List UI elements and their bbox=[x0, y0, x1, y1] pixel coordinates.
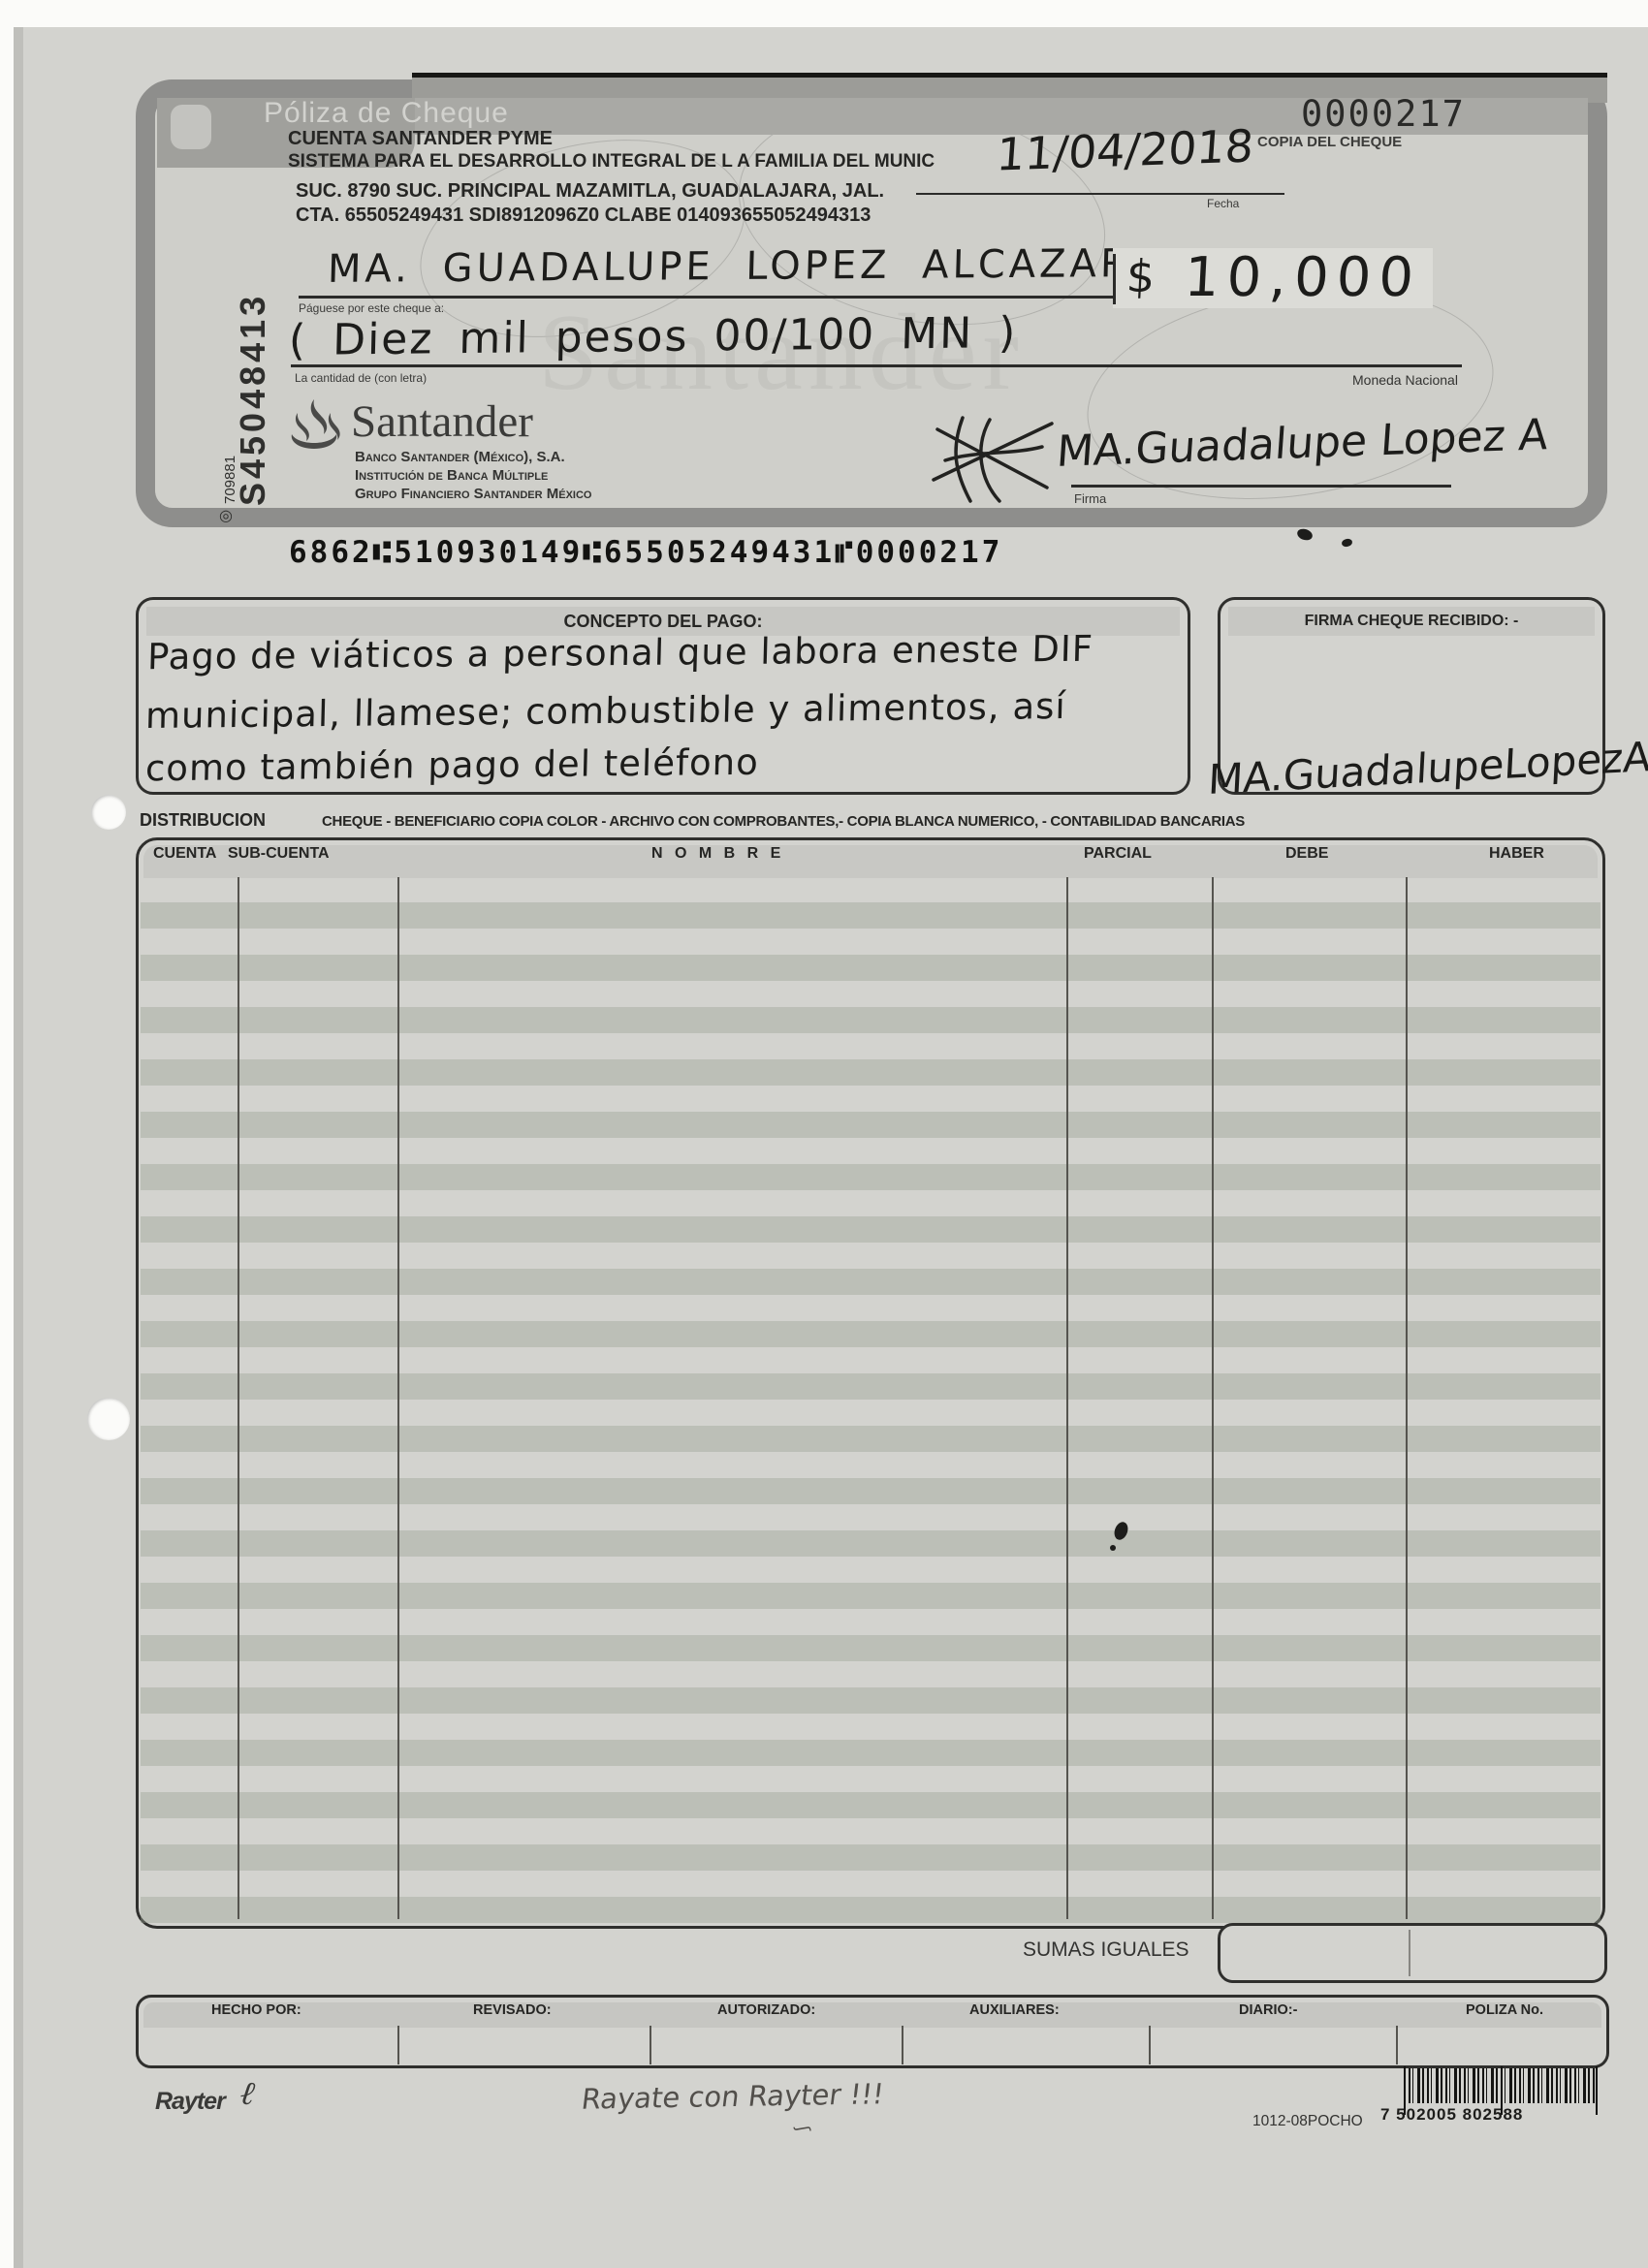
branch-line: SUC. 8790 SUC. PRINCIPAL MAZAMITLA, GUAD… bbox=[296, 180, 884, 203]
received-header-band: FIRMA CHEQUE RECIBIDO: - bbox=[1228, 607, 1595, 636]
column-header-haber: HABER bbox=[1489, 845, 1544, 863]
approval-label-hecho: HECHO POR: bbox=[211, 2002, 301, 2018]
check-title: Póliza de Cheque bbox=[264, 97, 509, 130]
date-line bbox=[916, 193, 1284, 195]
amount-currency: $ bbox=[1125, 250, 1157, 302]
column-header-parcial: PARCIAL bbox=[1084, 845, 1152, 863]
cancelled-signature-scribble bbox=[926, 412, 1062, 504]
column-header-subcuenta: SUB-CUENTA bbox=[228, 845, 330, 863]
approval-row-box bbox=[136, 1995, 1609, 2068]
column-divider-subcuenta bbox=[397, 877, 399, 1919]
distribution-note: CHEQUE - BENEFICIARIO COPIA COLOR - ARCH… bbox=[322, 813, 1245, 830]
approval-divider-4 bbox=[1149, 2026, 1151, 2064]
signature-label: Firma bbox=[1074, 491, 1106, 506]
amount-words-line bbox=[291, 364, 1462, 367]
concept-header: CONCEPTO DEL PAGO: bbox=[563, 612, 762, 632]
registration-mark-icon: ◎ bbox=[219, 506, 233, 525]
date-label: Fecha bbox=[1207, 197, 1239, 210]
approval-label-autorizado: AUTORIZADO: bbox=[717, 2002, 815, 2018]
scanned-check-voucher: Santander Póliza de Cheque CUENTA SANTAN… bbox=[0, 0, 1648, 2268]
account-holder: SISTEMA PARA EL DESARROLLO INTEGRAL DE L… bbox=[288, 151, 935, 173]
approval-label-poliza: POLIZA No. bbox=[1466, 2002, 1543, 2018]
corner-tab-notch bbox=[171, 105, 211, 149]
column-header-debe: DEBE bbox=[1285, 845, 1328, 863]
payee-microprint-line bbox=[299, 296, 1118, 299]
sums-box-divider bbox=[1409, 1930, 1410, 1976]
check-number: 0000217 bbox=[1301, 93, 1466, 135]
serial-vertical: S45048413 bbox=[233, 205, 273, 506]
approval-label-diario: DIARIO:- bbox=[1239, 2002, 1297, 2018]
amount-handwritten: 10,000 bbox=[1183, 246, 1422, 309]
micr-line: 6862⑆510930149⑆65505249431⑈0000217 bbox=[289, 535, 1002, 570]
amount-words-handwritten: ( Diez mil pesos 00/100 MN ) bbox=[288, 308, 1017, 365]
bank-legal-line-1: Banco Santander (México), S.A. bbox=[355, 448, 565, 466]
account-line: CTA. 65505249431 SDI8912096Z0 CLABE 0140… bbox=[296, 205, 871, 227]
approval-divider-3 bbox=[902, 2026, 903, 2064]
column-divider-cuenta bbox=[238, 877, 239, 1919]
received-header: FIRMA CHEQUE RECIBIDO: - bbox=[1305, 613, 1519, 630]
concept-line-1: Pago de viáticos a personal que labora e… bbox=[146, 628, 1093, 678]
approval-header-band bbox=[143, 2002, 1601, 2028]
sums-label: SUMAS IGUALES bbox=[1023, 1938, 1189, 1962]
santander-flame-icon bbox=[284, 397, 344, 450]
date-handwritten: 11/04/2018 bbox=[995, 119, 1255, 180]
hole-punch-top bbox=[91, 795, 126, 830]
hole-punch-bottom bbox=[87, 1398, 130, 1440]
table-row-stripes bbox=[141, 876, 1600, 1923]
sums-totals-box bbox=[1218, 1923, 1607, 1983]
concept-line-3: como también pago del teléfono bbox=[144, 741, 759, 790]
bank-legal-line-3: Grupo Financiero Santander México bbox=[355, 485, 591, 503]
approval-label-revisado: REVISADO: bbox=[473, 2002, 552, 2018]
approval-divider-5 bbox=[1396, 2026, 1398, 2064]
account-type: CUENTA SANTANDER PYME bbox=[288, 128, 553, 150]
amount-divider bbox=[1113, 254, 1116, 304]
payee-label: Páguese por este cheque a: bbox=[299, 301, 444, 315]
column-divider-parcial bbox=[1212, 877, 1214, 1919]
approval-divider-1 bbox=[397, 2026, 399, 2064]
column-header-cuenta: CUENTA bbox=[153, 845, 216, 863]
copy-label: COPIA DEL CHEQUE bbox=[1257, 134, 1402, 150]
approval-divider-2 bbox=[650, 2026, 651, 2064]
amount-words-label: La cantidad de (con letra) bbox=[295, 371, 427, 385]
paper-left-edge-shadow bbox=[14, 27, 23, 2268]
distribution-label: DISTRIBUCION bbox=[140, 810, 266, 831]
approval-label-auxiliares: AUXILIARES: bbox=[969, 2002, 1060, 2018]
barcode-digits: 7 502005 802588 bbox=[1380, 2105, 1523, 2125]
column-divider-debe bbox=[1406, 877, 1408, 1919]
bank-legal-line-2: Institución de Banca Múltiple bbox=[355, 466, 548, 485]
barcode-guard-right bbox=[1596, 2066, 1598, 2115]
payee-handwritten: MA. GUADALUPE LOPEZ ALCAZAR bbox=[327, 241, 1131, 292]
serial-small: 709881 bbox=[222, 415, 238, 504]
printer-brand-logo: Rayter bbox=[155, 2088, 225, 2116]
ink-blot-small bbox=[1110, 1545, 1116, 1551]
column-divider-nombre bbox=[1066, 877, 1068, 1919]
table-header-band bbox=[143, 845, 1598, 878]
bank-name: Santander bbox=[351, 395, 533, 448]
column-header-nombre: N O M B R E bbox=[651, 845, 784, 863]
signature-line bbox=[1071, 485, 1451, 488]
form-code: 1012-08POCHO bbox=[1252, 2113, 1363, 2130]
currency-label: Moneda Nacional bbox=[1352, 372, 1458, 388]
footer-slogan: Rayate con Rayter !!! bbox=[580, 2077, 886, 2116]
